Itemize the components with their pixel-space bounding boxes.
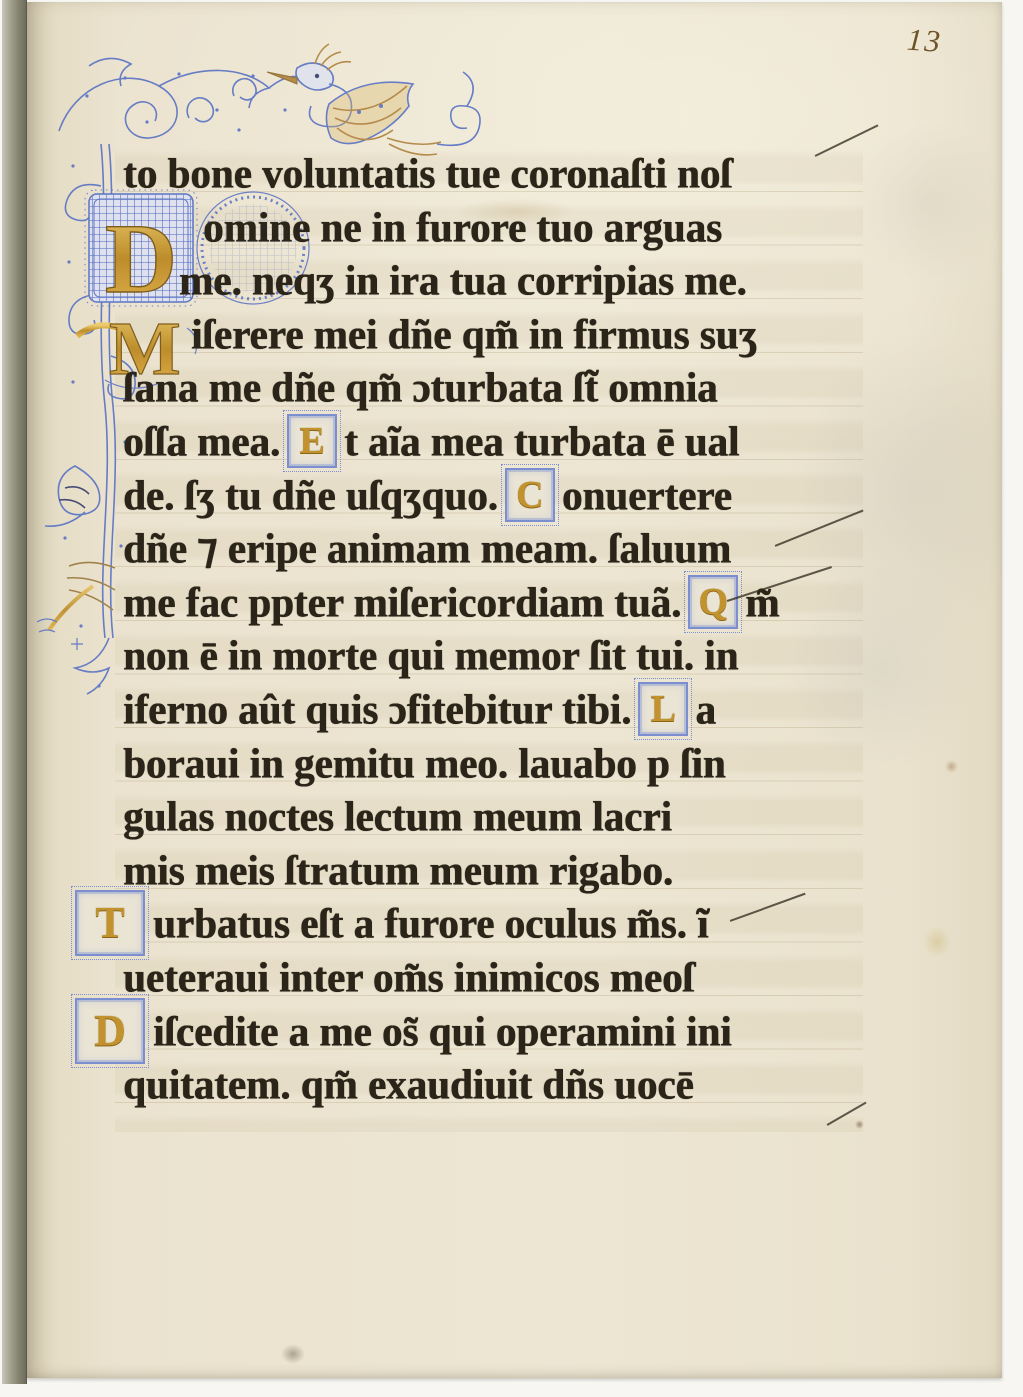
gothic-text: oſſa mea. (123, 416, 280, 466)
gothic-text: iſerere mei dñe qm̃ in firmus suʒ (191, 309, 757, 359)
gothic-text: ueteraui inter om̃s inimicos meoſ (123, 952, 694, 1002)
text-line: me. neqʒ in ira tua corripias me. (179, 253, 747, 307)
gothic-text: me fac ppter miſericordiam tuã. (123, 577, 681, 627)
gothic-text: dñe ⁊ eripe animam meam. ſaluum (123, 523, 731, 573)
text-line: non ē in morte qui memor ſit tui. in (123, 628, 738, 682)
text-line: dñe ⁊ eripe animam meam. ſaluum (123, 521, 731, 575)
illuminated-initial-T: T (75, 890, 145, 956)
gothic-text: mis meis ſtratum meum rigabo. (123, 845, 673, 895)
gothic-text: t aĩa mea turbata ē ual (344, 416, 739, 466)
text-line: iſerere mei dñe qm̃ in firmus suʒ (191, 307, 757, 361)
gothic-text: iferno aût quis ɔfitebitur tibi. (123, 684, 631, 734)
gothic-text: onuertere (562, 470, 732, 520)
text-line: gulas noctes lectum meum lacri (123, 789, 672, 843)
gothic-text: non ē in morte qui memor ſit tui. in (123, 630, 738, 680)
text-line: Turbatus eſt a furore oculus m̃s. ĩ (153, 896, 708, 950)
illuminated-initial-C: C (505, 468, 555, 522)
illuminated-initial-Q: Q (688, 575, 738, 629)
illuminated-initial-E: E (287, 414, 337, 468)
gothic-text: a (695, 684, 716, 734)
gothic-text: gulas noctes lectum meum lacri (123, 791, 672, 841)
manuscript-photo: 13 (0, 0, 1023, 1397)
text-line: boraui in gemitu meo. lauabo p ſin (123, 736, 726, 790)
parchment-page: 13 (27, 2, 1002, 1378)
text-line: ſana me dñe qm̃ ɔturbata ſt̃ omnia (123, 360, 718, 414)
illuminated-initial-D: D (75, 998, 145, 1064)
text-line: iferno aût quis ɔfitebitur tibi.La (123, 682, 716, 736)
illuminated-initial-L: L (638, 682, 688, 736)
text-line: ueteraui inter om̃s inimicos meoſ (123, 950, 694, 1004)
text-line: me fac ppter miſericordiam tuã.Qm̃ (123, 575, 779, 629)
gothic-text: boraui in gemitu meo. lauabo p ſin (123, 738, 726, 788)
text-line: mis meis ſtratum meum rigabo. (123, 843, 673, 897)
gothic-text: omine ne in furore tuo arguas (203, 202, 722, 252)
text-line: omine ne in furore tuo arguas (203, 200, 722, 254)
book-gutter-edge (2, 0, 27, 1384)
gothic-text: iſcedite a me os̃ qui operamini ini (153, 1006, 732, 1056)
gothic-text: to bone voluntatis tue coronaſti noſ (123, 148, 732, 198)
text-block: to bone voluntatis tue coronaſti noſomin… (27, 2, 1002, 1378)
gothic-text: quitatem. qm̃ exaudiuit dñs uocē (123, 1059, 694, 1109)
gothic-text: me. neqʒ in ira tua corripias me. (179, 255, 747, 305)
gothic-text: ſana me dñe qm̃ ɔturbata ſt̃ omnia (123, 362, 718, 412)
text-line: oſſa mea.Et aĩa mea turbata ē ual (123, 414, 739, 468)
text-line: Diſcedite a me os̃ qui operamini ini (153, 1004, 732, 1058)
text-line: quitatem. qm̃ exaudiuit dñs uocē (123, 1057, 694, 1111)
gothic-text: urbatus eſt a furore oculus m̃s. ĩ (153, 898, 708, 948)
text-line: to bone voluntatis tue coronaſti noſ (123, 146, 732, 200)
text-line: de. ſʒ tu dñe uſqʒquo.Conuertere (123, 468, 732, 522)
gothic-text: de. ſʒ tu dñe uſqʒquo. (123, 470, 498, 520)
